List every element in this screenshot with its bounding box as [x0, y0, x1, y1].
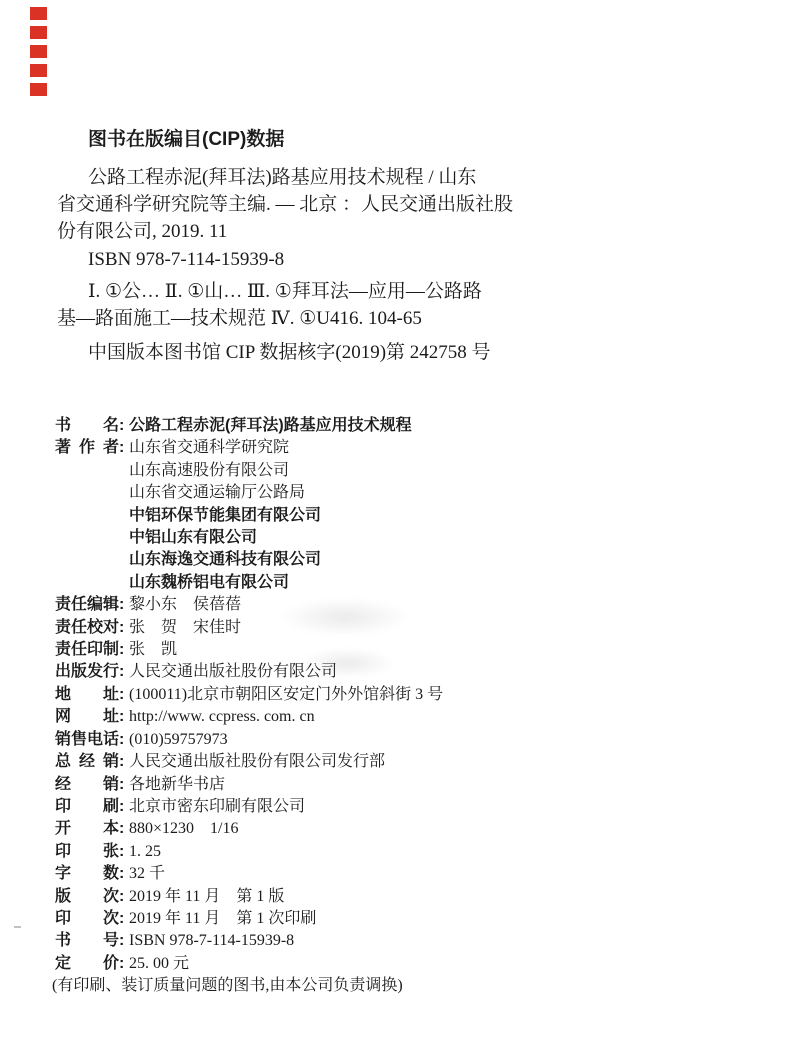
colophon-row: 出版发行:人民交通出版社股份有限公司	[55, 661, 575, 683]
colophon-label: 定价	[55, 953, 119, 975]
colophon-row: 印刷:北京市密东印刷有限公司	[55, 796, 575, 818]
colophon-colon: :	[119, 684, 127, 706]
colophon-label: 责任校对	[55, 617, 119, 639]
cip-registry-number: 中国版本图书馆 CIP 数据核字(2019)第 242758 号	[57, 339, 527, 366]
colophon-row: 书号:ISBN 978-7-114-15939-8	[55, 930, 575, 952]
red-scan-mark	[30, 26, 47, 39]
colophon-value: 山东省交通科学研究院	[129, 439, 289, 456]
colophon-row: 地址:(100011)北京市朝阳区安定门外外馆斜街 3 号	[55, 684, 575, 706]
colophon-label: 责任编辑	[55, 594, 119, 616]
colophon-colon: :	[119, 930, 127, 952]
colophon-author-extra: 中铝山东有限公司	[129, 527, 575, 549]
colophon-row: 经销:各地新华书店	[55, 774, 575, 796]
colophon-colon: :	[119, 437, 127, 459]
colophon-value: 张 贺 宋佳时	[129, 619, 241, 636]
colophon-row: 责任编辑:黎小东 侯蓓蓓	[55, 594, 575, 616]
cip-heading: 图书在版编目(CIP)数据	[88, 126, 527, 153]
colophon-row: 书名:公路工程赤泥(拜耳法)路基应用技术规程	[55, 415, 575, 437]
colophon-row: 开本:880×1230 1/16	[55, 818, 575, 840]
colophon-label: 地址	[55, 684, 119, 706]
colophon-author-extra: 山东魏桥铝电有限公司	[129, 572, 575, 594]
colophon-row: 销售电话:(010)59757973	[55, 729, 575, 751]
colophon-row: 字数:32 千	[55, 863, 575, 885]
colophon-colon: :	[119, 953, 127, 975]
colophon-value: 2019 年 11 月 第 1 版	[129, 888, 284, 905]
book-copyright-page: 图书在版编目(CIP)数据 公路工程赤泥(拜耳法)路基应用技术规程 / 山东省交…	[0, 0, 790, 1050]
red-scan-mark	[30, 7, 47, 20]
colophon-value: 黎小东 侯蓓蓓	[129, 596, 241, 613]
colophon-value: (010)59757973	[129, 731, 228, 748]
colophon-label: 印次	[55, 908, 119, 930]
colophon-colon: :	[119, 841, 127, 863]
colophon-label: 网址	[55, 706, 119, 728]
colophon-row: 网址:http://www. ccpress. com. cn	[55, 706, 575, 728]
colophon-colon: :	[119, 863, 127, 885]
colophon-label: 字数	[55, 863, 119, 885]
colophon-value: 880×1230 1/16	[129, 820, 238, 837]
quality-note: (有印刷、装订质量问题的图书,由本公司负责调换)	[52, 975, 575, 997]
colophon-author-extra: 山东省交通运输厅公路局	[129, 482, 575, 504]
colophon-colon: :	[119, 751, 127, 773]
colophon-row: 定价:25. 00 元	[55, 953, 575, 975]
red-scan-mark	[30, 83, 47, 96]
colophon-colon: :	[119, 594, 127, 616]
colophon-value: 2019 年 11 月 第 1 次印刷	[129, 910, 316, 927]
colophon-author-extra: 中铝环保节能集团有限公司	[129, 505, 575, 527]
colophon-row: 著作者:山东省交通科学研究院	[55, 437, 575, 459]
colophon-row: 责任印制:张 凯	[55, 639, 575, 661]
colophon-label: 经销	[55, 774, 119, 796]
scan-color-marks	[30, 7, 47, 96]
colophon-colon: :	[119, 639, 127, 661]
red-scan-mark	[30, 45, 47, 58]
cip-section: 图书在版编目(CIP)数据 公路工程赤泥(拜耳法)路基应用技术规程 / 山东省交…	[57, 126, 527, 366]
colophon-colon: :	[119, 661, 127, 683]
colophon-colon: :	[119, 818, 127, 840]
colophon-label: 开本	[55, 818, 119, 840]
colophon-row: 印次:2019 年 11 月 第 1 次印刷	[55, 908, 575, 930]
colophon-label: 责任印制	[55, 639, 119, 661]
colophon-row: 总经销:人民交通出版社股份有限公司发行部	[55, 751, 575, 773]
colophon-value: 公路工程赤泥(拜耳法)路基应用技术规程	[129, 417, 412, 434]
colophon-value: 1. 25	[129, 843, 161, 860]
cip-text-line: Ⅰ. ①公… Ⅱ. ①山… Ⅲ. ①拜耳法—应用—公路路	[57, 278, 527, 305]
colophon-value: 张 凯	[129, 641, 177, 658]
cip-description: 公路工程赤泥(拜耳法)路基应用技术规程 / 山东省交通科学研究院等主编. — 北…	[57, 164, 527, 245]
scan-artifact-dash	[14, 926, 21, 928]
colophon-label: 著作者	[55, 437, 119, 459]
colophon-value: 32 千	[129, 865, 165, 882]
colophon-colon: :	[119, 617, 127, 639]
cip-text-line: 基—路面施工—技术规范 Ⅳ. ①U416. 104-65	[57, 305, 527, 332]
colophon-label: 书号	[55, 930, 119, 952]
colophon-value: 人民交通出版社股份有限公司发行部	[129, 753, 385, 770]
colophon-label: 印张	[55, 841, 119, 863]
colophon-colon: :	[119, 415, 127, 437]
colophon-value: http://www. ccpress. com. cn	[129, 708, 315, 725]
colophon-colon: :	[119, 796, 127, 818]
cip-classification: Ⅰ. ①公… Ⅱ. ①山… Ⅲ. ①拜耳法—应用—公路路基—路面施工—技术规范 …	[57, 278, 527, 332]
colophon-label: 印刷	[55, 796, 119, 818]
colophon-colon: :	[119, 706, 127, 728]
colophon-value: (100011)北京市朝阳区安定门外外馆斜街 3 号	[129, 686, 443, 703]
colophon-row: 责任校对:张 贺 宋佳时	[55, 617, 575, 639]
colophon-colon: :	[119, 886, 127, 908]
cip-text-line: 公路工程赤泥(拜耳法)路基应用技术规程 / 山东	[57, 164, 527, 191]
colophon-label: 总经销	[55, 751, 119, 773]
colophon-label: 销售电话	[55, 729, 119, 751]
colophon-colon: :	[119, 729, 127, 751]
colophon-value: ISBN 978-7-114-15939-8	[129, 932, 294, 949]
colophon-label: 出版发行	[55, 661, 119, 683]
colophon-row: 版次:2019 年 11 月 第 1 版	[55, 886, 575, 908]
colophon-value: 25. 00 元	[129, 955, 189, 972]
colophon-author-extra: 山东海逸交通科技有限公司	[129, 549, 575, 571]
colophon-label: 书名	[55, 415, 119, 437]
cip-text-line: 省交通科学研究院等主编. — 北京 ：人民交通出版社股	[57, 191, 527, 218]
colophon-colon: :	[119, 774, 127, 796]
colophon-section: 书名:公路工程赤泥(拜耳法)路基应用技术规程著作者:山东省交通科学研究院山东高速…	[55, 415, 575, 998]
colophon-colon: :	[119, 908, 127, 930]
red-scan-mark	[30, 64, 47, 77]
cip-text-line: 份有限公司, 2019. 11	[57, 218, 527, 245]
cip-isbn: ISBN 978-7-114-15939-8	[57, 246, 527, 273]
colophon-label: 版次	[55, 886, 119, 908]
colophon-row: 印张:1. 25	[55, 841, 575, 863]
colophon-value: 人民交通出版社股份有限公司	[129, 663, 337, 680]
colophon-author-extra: 山东高速股份有限公司	[129, 460, 575, 482]
colophon-value: 北京市密东印刷有限公司	[129, 798, 305, 815]
colophon-value: 各地新华书店	[129, 776, 225, 793]
